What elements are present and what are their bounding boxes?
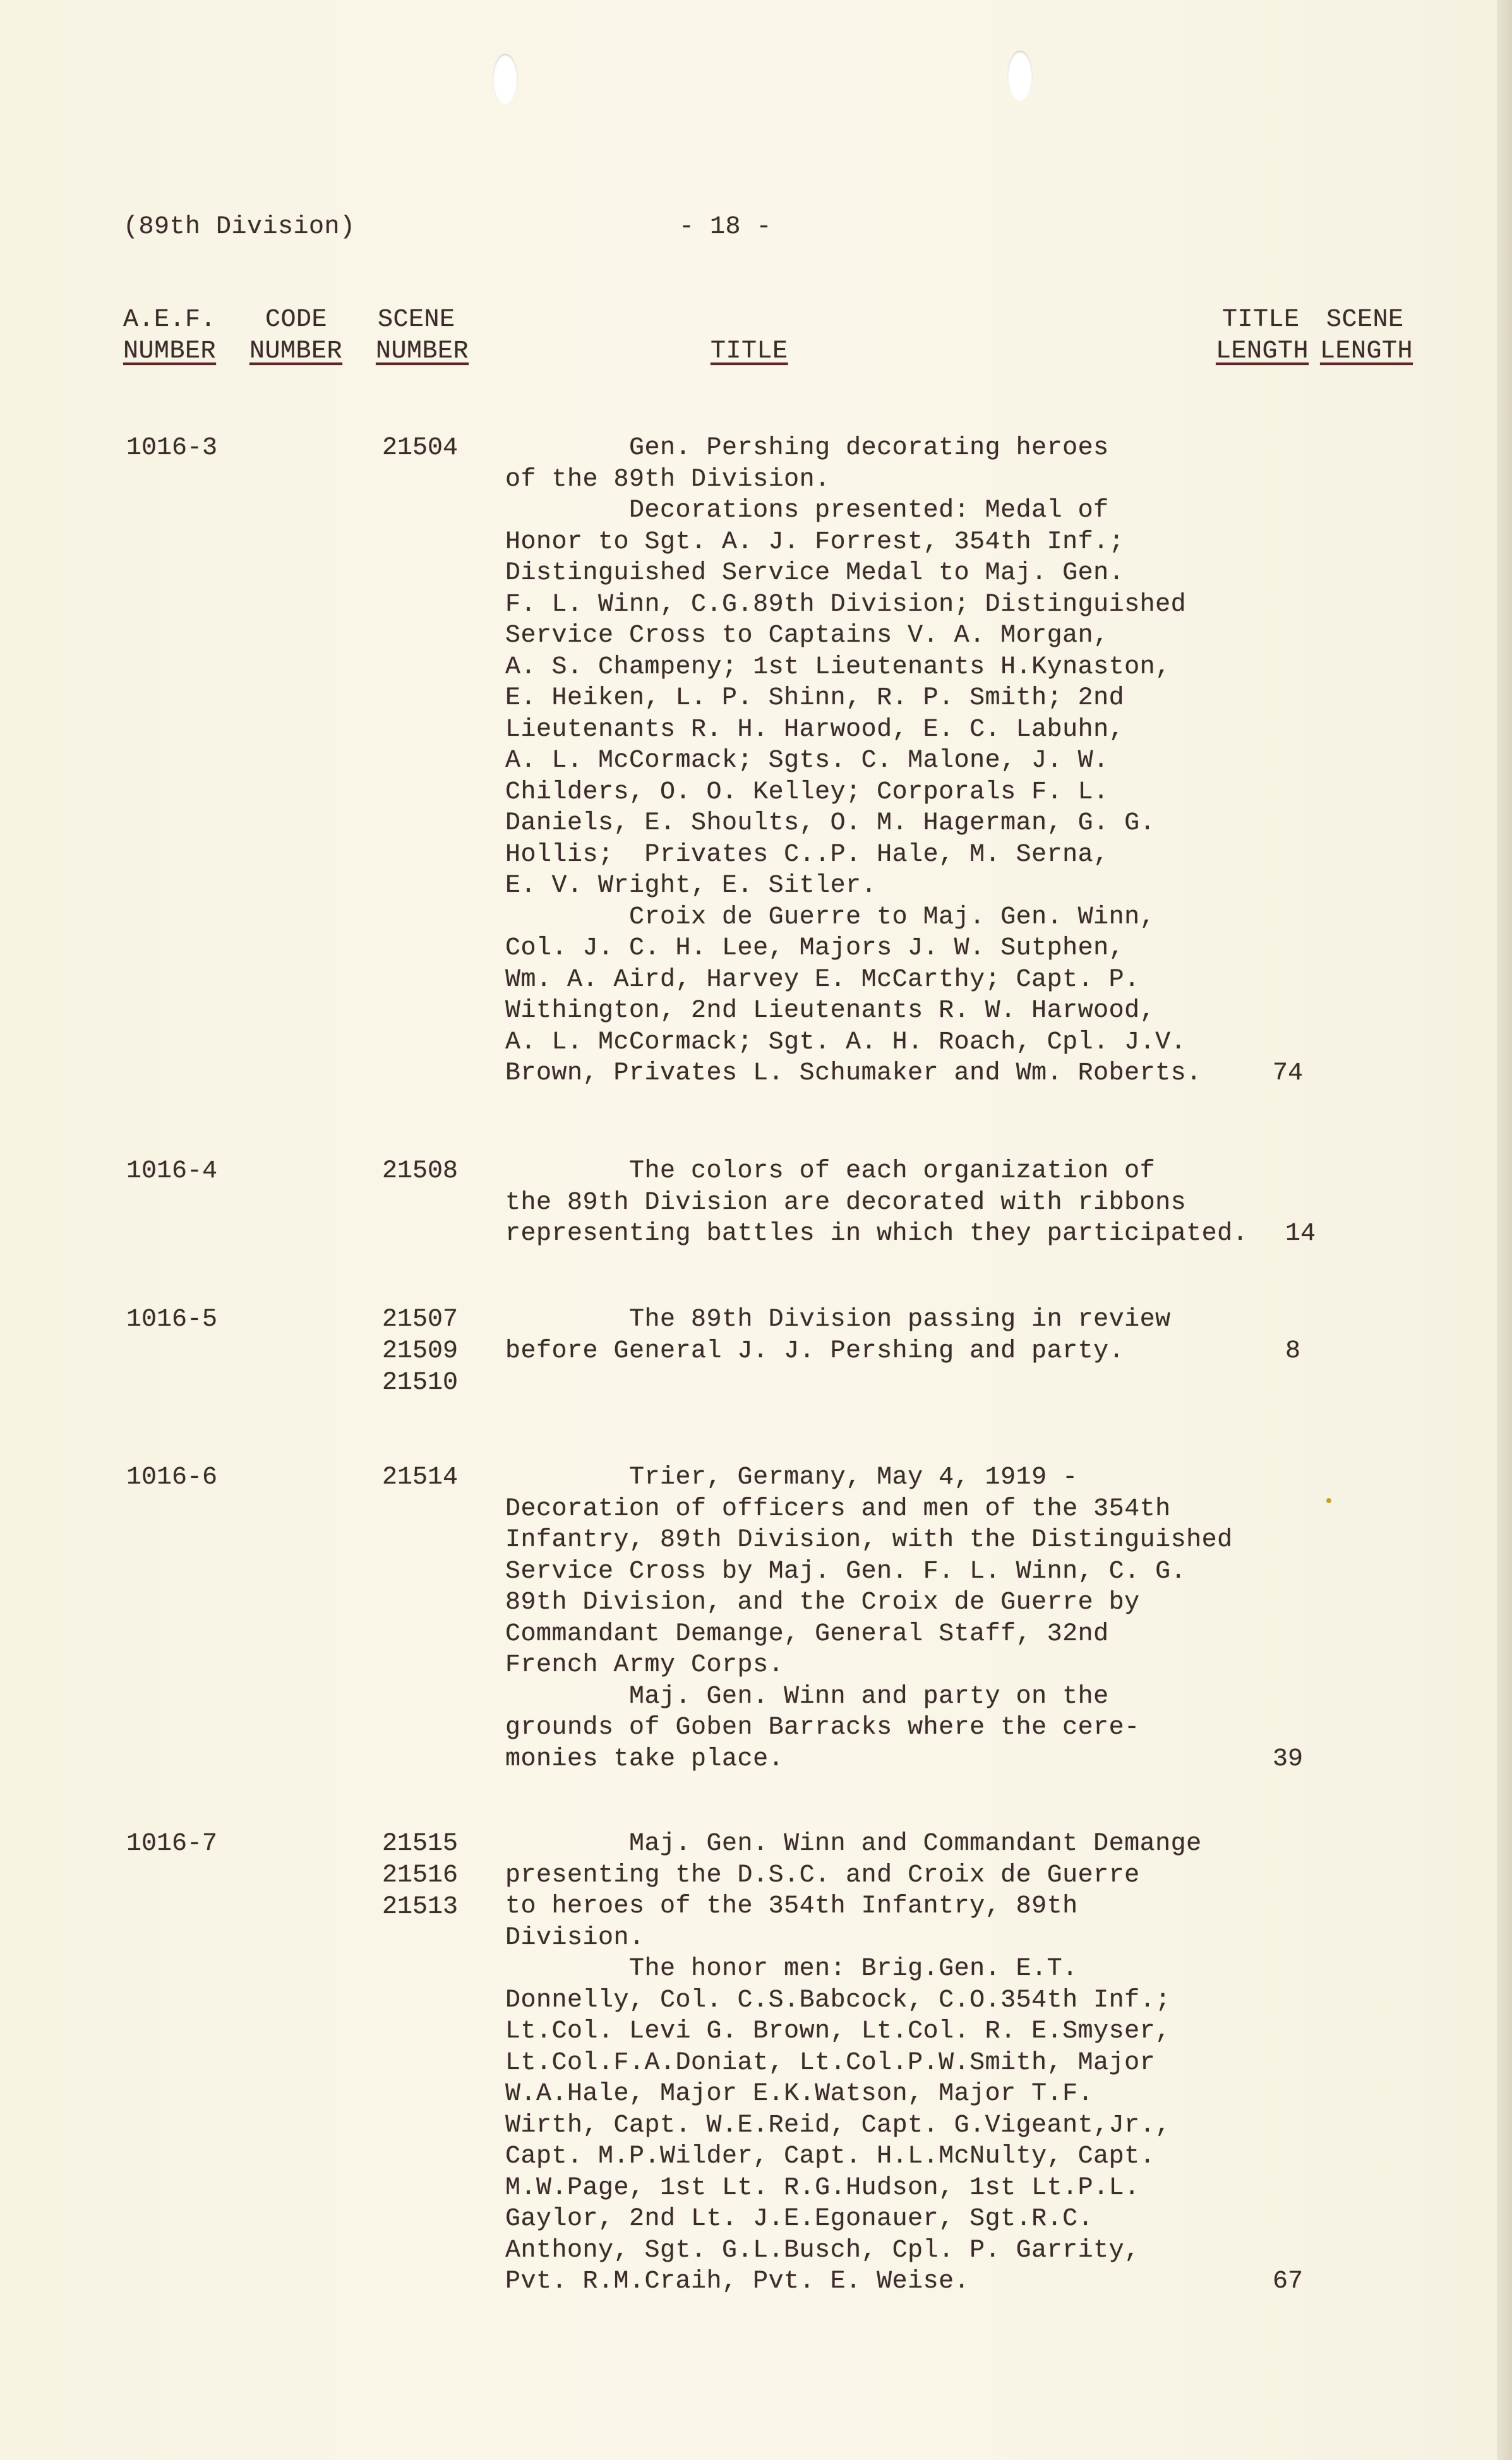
scene-number: 21508: [382, 1156, 458, 1187]
scene-number: 21507: [382, 1304, 458, 1336]
col-scene-top: SCENE: [378, 304, 455, 336]
title-line: Division.: [505, 1923, 1202, 1954]
title-line: A. L. McCormack; Sgt. A. H. Roach, Cpl. …: [505, 1027, 1202, 1059]
title-line: F. L. Winn, C.G.89th Division; Distingui…: [505, 589, 1202, 621]
title-line: E. Heiken, L. P. Shinn, R. P. Smith; 2nd: [505, 683, 1202, 714]
title-line: before General J. J. Pershing and party.: [505, 1336, 1171, 1367]
title-line: presenting the D.S.C. and Croix de Guerr…: [505, 1860, 1202, 1892]
title-line: Donnelly, Col. C.S.Babcock, C.O.354th In…: [505, 1985, 1202, 2017]
title-line: Decoration of officers and men of the 35…: [505, 1494, 1233, 1525]
scene-number: 21504: [382, 433, 458, 464]
scene-number: 21513: [382, 1892, 458, 1923]
scene-number: 21515: [382, 1828, 458, 1860]
title-length: 14: [1285, 1218, 1316, 1250]
title-line: Anthony, Sgt. G.L.Busch, Cpl. P. Garrity…: [505, 2235, 1202, 2267]
title-length: 67: [1273, 2266, 1303, 2298]
title-line: Distinguished Service Medal to Maj. Gen.: [505, 558, 1202, 589]
title-line: Wirth, Capt. W.E.Reid, Capt. G.Vigeant,J…: [505, 2110, 1202, 2142]
title-line: Infantry, 89th Division, with the Distin…: [505, 1525, 1233, 1556]
aef-number: 1016-3: [126, 433, 217, 464]
title-line: Service Cross by Maj. Gen. F. L. Winn, C…: [505, 1556, 1233, 1588]
title-line: The 89th Division passing in review: [505, 1304, 1171, 1336]
title-line: M.W.Page, 1st Lt. R.G.Hudson, 1st Lt.P.L…: [505, 2173, 1202, 2204]
title-length: 74: [1273, 1058, 1303, 1089]
col-aef-bottom: NUMBER: [123, 336, 216, 368]
scene-number: 21516: [382, 1860, 458, 1892]
title-line: Pvt. R.M.Craih, Pvt. E. Weise.: [505, 2266, 1202, 2298]
title-line: Wm. A. Aird, Harvey E. McCarthy; Capt. P…: [505, 964, 1202, 996]
entry-title: Trier, Germany, May 4, 1919 -Decoration …: [505, 1462, 1233, 1775]
punch-hole-left: [493, 54, 518, 104]
title-line: Childers, O. O. Kelley; Corporals F. L.: [505, 777, 1202, 808]
title-line: Lt.Col.F.A.Doniat, Lt.Col.P.W.Smith, Maj…: [505, 2048, 1202, 2079]
aef-number: 1016-6: [126, 1462, 217, 1494]
title-line: of the 89th Division.: [505, 464, 1202, 496]
col-code-bottom: NUMBER: [249, 336, 342, 368]
entry-title: Maj. Gen. Winn and Commandant Demangepre…: [505, 1828, 1202, 2298]
title-line: the 89th Division are decorated with rib…: [505, 1187, 1248, 1219]
title-line: Croix de Guerre to Maj. Gen. Winn,: [505, 902, 1202, 933]
title-line: Commandant Demange, General Staff, 32nd: [505, 1619, 1233, 1650]
page-number: - 18 -: [679, 212, 772, 243]
col-aef-top: A.E.F.: [123, 304, 216, 336]
page-edge-shadow: [1497, 0, 1512, 2460]
title-line: monies take place.: [505, 1744, 1233, 1775]
scene-numbers: 21508: [382, 1156, 458, 1187]
title-line: Maj. Gen. Winn and Commandant Demange: [505, 1828, 1202, 1860]
title-length: 8: [1285, 1336, 1300, 1367]
title-line: Lt.Col. Levi G. Brown, Lt.Col. R. E.Smys…: [505, 2016, 1202, 2048]
scene-numbers: 215072150921510: [382, 1304, 458, 1399]
scene-number: 21514: [382, 1462, 458, 1494]
title-line: W.A.Hale, Major E.K.Watson, Major T.F.: [505, 2079, 1202, 2110]
title-line: to heroes of the 354th Infantry, 89th: [505, 1891, 1202, 1923]
col-title-length-top: TITLE: [1222, 304, 1300, 336]
title-line: Col. J. C. H. Lee, Majors J. W. Sutphen,: [505, 933, 1202, 964]
title-line: French Army Corps.: [505, 1650, 1233, 1681]
ink-speck: [1326, 1498, 1331, 1503]
entry-title: The 89th Division passing in reviewbefor…: [505, 1304, 1171, 1367]
title-line: representing battles in which they parti…: [505, 1218, 1248, 1250]
title-line: Capt. M.P.Wilder, Capt. H.L.McNulty, Cap…: [505, 2141, 1202, 2173]
scene-numbers: 215152151621513: [382, 1828, 458, 1923]
aef-number: 1016-5: [126, 1304, 217, 1336]
title-line: Maj. Gen. Winn and party on the: [505, 1681, 1233, 1713]
title-line: grounds of Goben Barracks where the cere…: [505, 1712, 1233, 1744]
scene-numbers: 21504: [382, 433, 458, 464]
title-line: The colors of each organization of: [505, 1156, 1248, 1187]
scene-number: 21510: [382, 1367, 458, 1399]
title-line: Gaylor, 2nd Lt. J.E.Egonauer, Sgt.R.C.: [505, 2204, 1202, 2235]
entry-title: The colors of each organization ofthe 89…: [505, 1156, 1248, 1250]
title-line: Brown, Privates L. Schumaker and Wm. Rob…: [505, 1058, 1202, 1089]
title-line: Hollis; Privates C..P. Hale, M. Serna,: [505, 839, 1202, 871]
aef-number: 1016-4: [126, 1156, 217, 1187]
title-line: A. S. Champeny; 1st Lieutenants H.Kynast…: [505, 652, 1202, 683]
title-line: Honor to Sgt. A. J. Forrest, 354th Inf.;: [505, 527, 1202, 558]
title-line: 89th Division, and the Croix de Guerre b…: [505, 1587, 1233, 1619]
scene-numbers: 21514: [382, 1462, 458, 1494]
scene-number: 21509: [382, 1336, 458, 1367]
aef-number: 1016-7: [126, 1828, 217, 1860]
title-line: Service Cross to Captains V. A. Morgan,: [505, 620, 1202, 652]
title-line: Gen. Pershing decorating heroes: [505, 433, 1202, 464]
entry-title: Gen. Pershing decorating heroesof the 89…: [505, 433, 1202, 1089]
punch-hole-right: [1007, 51, 1033, 101]
col-title-length-bottom: LENGTH: [1216, 336, 1309, 368]
title-line: The honor men: Brig.Gen. E.T.: [505, 1953, 1202, 1985]
title-line: A. L. McCormack; Sgts. C. Malone, J. W.: [505, 745, 1202, 777]
title-line: Withington, 2nd Lieutenants R. W. Harwoo…: [505, 995, 1202, 1027]
col-scene-length-top: SCENE: [1326, 304, 1404, 336]
title-line: Decorations presented: Medal of: [505, 495, 1202, 527]
col-scene-length-bottom: LENGTH: [1320, 336, 1413, 368]
title-line: Lieutenants R. H. Harwood, E. C. Labuhn,: [505, 714, 1202, 746]
title-line: E. V. Wright, E. Sitler.: [505, 870, 1202, 902]
col-code-top: CODE: [265, 304, 327, 336]
title-line: Daniels, E. Shoults, O. M. Hagerman, G. …: [505, 808, 1202, 839]
division-label: (89th Division): [123, 212, 356, 243]
title-length: 39: [1273, 1744, 1303, 1775]
title-line: Trier, Germany, May 4, 1919 -: [505, 1462, 1233, 1494]
col-scene-bottom: NUMBER: [376, 336, 469, 368]
col-title: TITLE: [711, 336, 788, 368]
